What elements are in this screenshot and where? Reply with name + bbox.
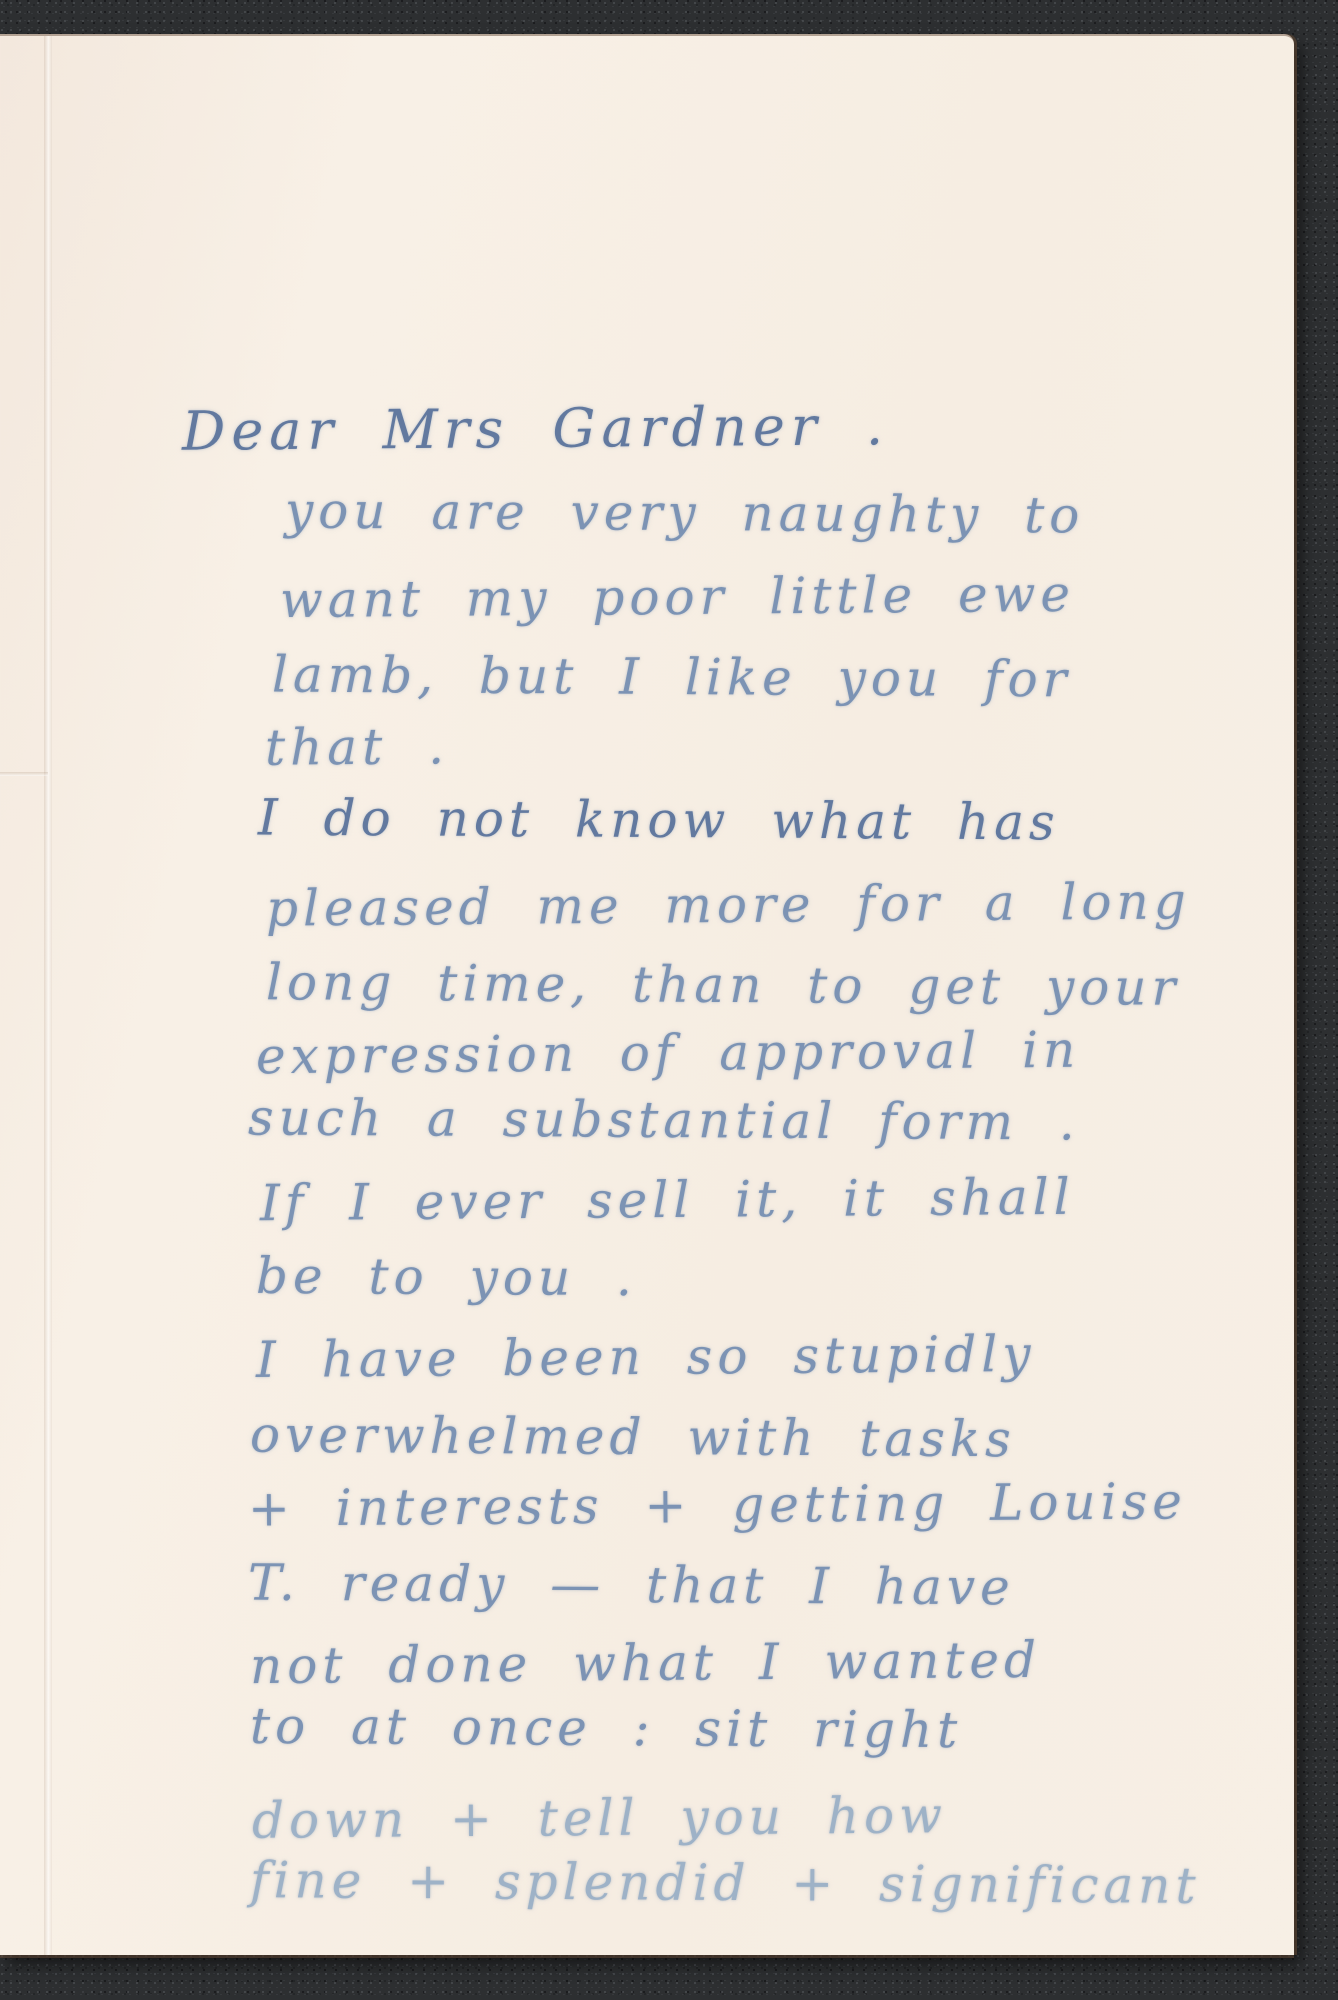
fold-crease-horizontal <box>0 772 48 776</box>
handwritten-line: lamb, but I like you for <box>272 645 1072 710</box>
handwritten-line: If I ever sell it, it shall <box>260 1167 1075 1233</box>
handwritten-line: expression of approval in <box>256 1020 1081 1086</box>
handwritten-line: be to you . <box>256 1246 637 1308</box>
handwritten-line: + interests + getting Louise <box>248 1471 1187 1538</box>
handwritten-line: T. ready — that I have <box>248 1553 1015 1618</box>
handwritten-line: want my poor little ewe <box>280 564 1075 630</box>
handwritten-line: not done what I wanted <box>250 1630 1041 1696</box>
handwritten-line: long time, than to get your <box>266 952 1181 1018</box>
handwritten-line: fine + splendid + significant <box>250 1850 1201 1916</box>
handwritten-line: to at once : sit right <box>250 1696 963 1760</box>
handwritten-line: such a substantial form . <box>248 1087 1080 1152</box>
fold-crease-vertical <box>44 36 52 1955</box>
handwritten-line: you are very naughty to <box>285 481 1085 546</box>
handwritten-line: pleased me more for a long <box>266 871 1191 938</box>
handwritten-line: I do not know what has <box>258 788 1060 853</box>
handwritten-line: I have been so stupidly <box>256 1324 1036 1390</box>
scan-background: { "colors": { "background": "#2d2f31", "… <box>0 0 1338 2000</box>
handwritten-line: that . <box>265 716 449 777</box>
handwritten-line: down + tell you how <box>252 1785 947 1850</box>
salutation: Dear Mrs Gardner . <box>182 396 889 462</box>
letter-page: Dear Mrs Gardner . you are very naughty … <box>0 34 1294 1955</box>
handwritten-line: overwhelmed with tasks <box>250 1405 1016 1470</box>
